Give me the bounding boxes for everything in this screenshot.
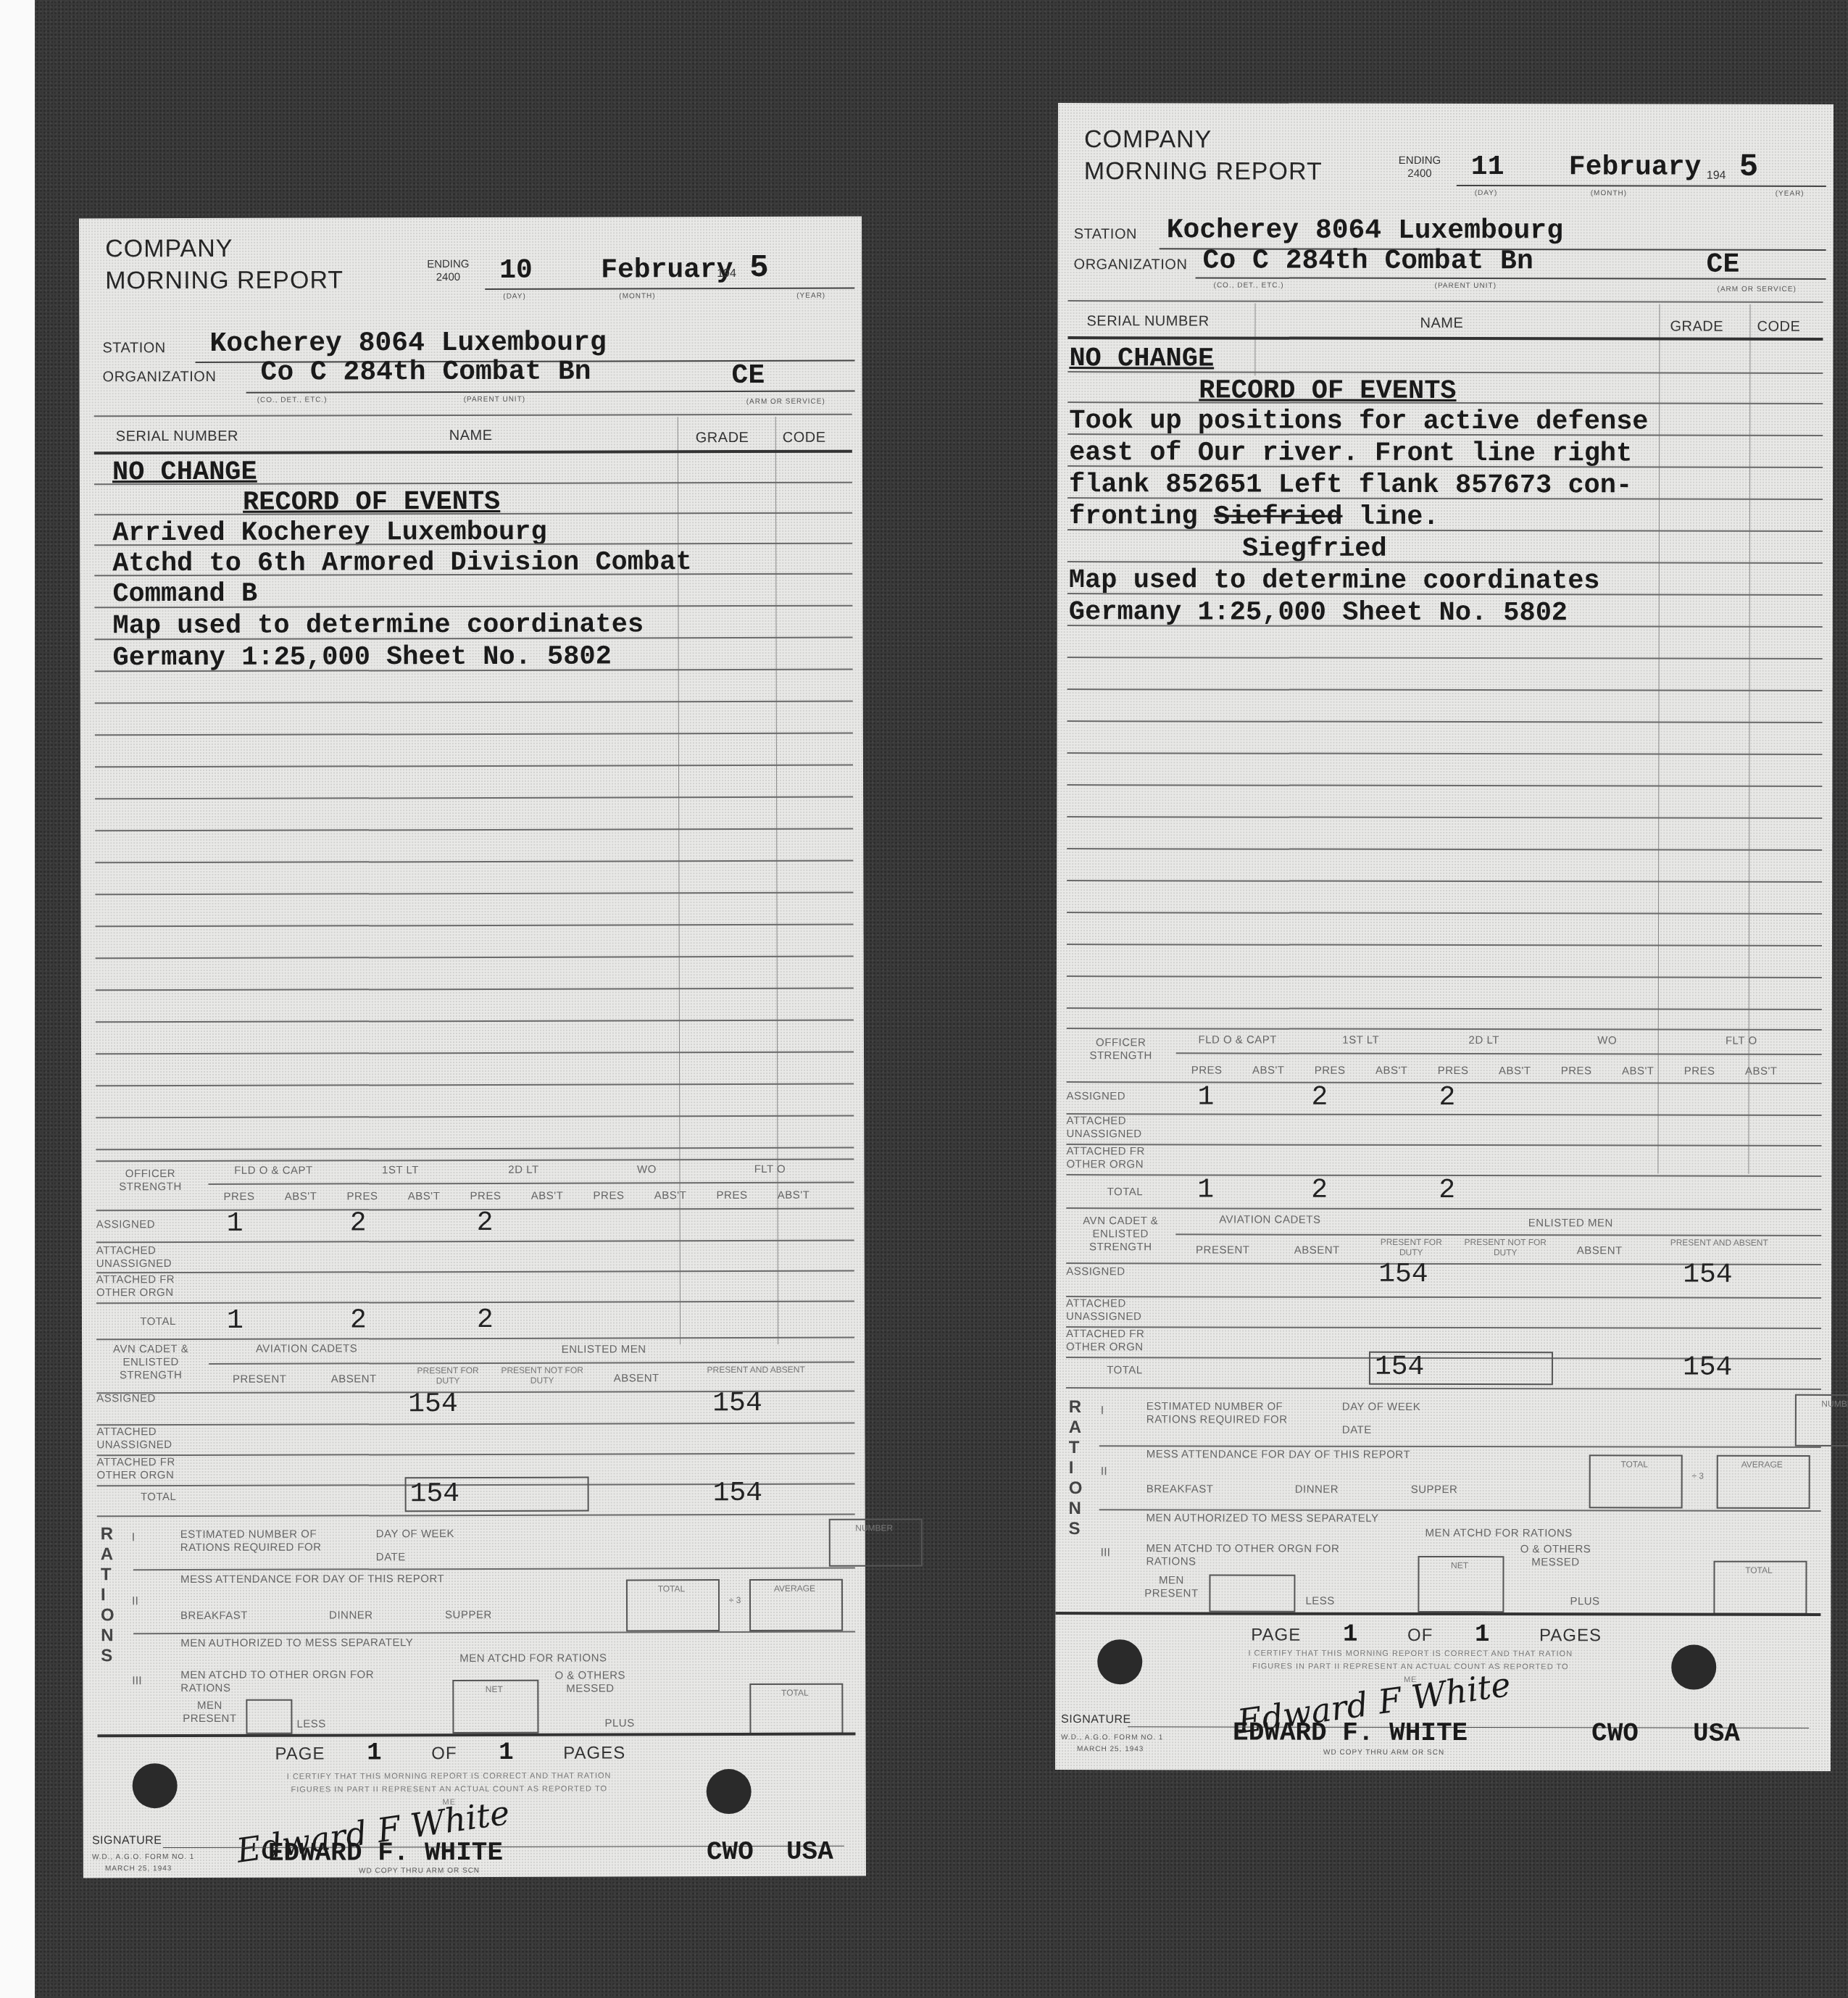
page-label: PAGE (1251, 1626, 1301, 1645)
report-day: 10 (499, 255, 533, 286)
row-label-assigned: ASSIGNED (1066, 1265, 1168, 1278)
sub-pres: PRES (1546, 1065, 1607, 1078)
organization-value: Co C 284th Combat Bn (261, 357, 591, 388)
col-enlisted-absent: ABSENT (1556, 1244, 1643, 1257)
sub-pres: PRES (1669, 1065, 1731, 1078)
col-enlisted-absent: ABSENT (593, 1372, 680, 1385)
morning-report-form-feb-10: COMPANY MORNING REPORT ENDING 2400 10 Fe… (79, 217, 866, 1878)
date-underline (485, 288, 854, 290)
page-number: 1 (1343, 1621, 1358, 1649)
men-present-box (1209, 1574, 1295, 1612)
number-label: NUMBER (1795, 1399, 1848, 1409)
col-present-not-for-duty: PRESENT NOT FOR DUTY (495, 1365, 589, 1386)
men-atchd-other-label: MEN ATCHD TO OTHER ORGN FOR RATIONS (180, 1668, 412, 1695)
officer-assigned-fld-pres: 1 (227, 1208, 244, 1239)
men-authorized-label: MEN AUTHORIZED TO MESS SEPARATELY (1146, 1512, 1386, 1525)
group-aviation-cadets: AVIATION CADETS (1175, 1213, 1364, 1226)
group-2d-lt: 2D LT (1423, 1034, 1546, 1047)
footer-note: WD COPY THRU ARM OR SCN (1323, 1749, 1444, 1757)
officer-total-2dlt-pres: 2 (1439, 1175, 1455, 1206)
col-cadet-absent: ABSENT (1270, 1244, 1364, 1257)
page-indicator: PAGE 1 OF 1 PAGES (275, 1739, 626, 1767)
sub-pres: PRES (702, 1189, 763, 1202)
header-divider (94, 450, 852, 455)
signer-grade: CWO (1591, 1718, 1639, 1748)
organization-label: ORGANIZATION (103, 369, 217, 386)
event-line: Map used to determine coordinates (1069, 565, 1600, 596)
sub-pres: PRES (1176, 1064, 1238, 1077)
sub-abst: ABS'T (394, 1190, 455, 1203)
report-year-digit: 5 (749, 250, 769, 286)
ending-time: 2400 (427, 271, 469, 284)
sub-abst: ABS'T (1361, 1065, 1423, 1078)
sub-pres: PRES (578, 1189, 640, 1202)
sub-abst: ABS'T (1484, 1065, 1546, 1078)
group-wo: WO (1546, 1034, 1669, 1047)
divide-by-3: ÷ 3 (1683, 1471, 1712, 1481)
code-col-rule (775, 417, 778, 1344)
estimated-rations-label: ESTIMATED NUMBER OF RATIONS REQUIRED FOR (180, 1528, 347, 1554)
day-of-week-label: DAY OF WEEK (376, 1528, 454, 1541)
rations-side-label: RATIONS (1069, 1397, 1083, 1539)
plus-label: PLUS (604, 1717, 634, 1730)
signer-grade: CWO (707, 1837, 754, 1867)
row-label-assigned: ASSIGNED (1067, 1090, 1161, 1103)
officer-assigned-2dlt-pres: 2 (1439, 1082, 1456, 1113)
part-ii-label: II (132, 1595, 138, 1608)
struck-word: Siefried (1214, 501, 1343, 532)
date-label: DATE (376, 1551, 406, 1564)
group-enlisted-men: ENLISTED MEN (495, 1343, 712, 1357)
less-label: LESS (1305, 1595, 1334, 1608)
event-line: Germany 1:25,000 Sheet No. 5802 (113, 641, 612, 673)
page-label: PAGE (275, 1744, 325, 1764)
enlisted-total-present-and-absent: 154 (1683, 1352, 1732, 1383)
row-label-total: TOTAL (1092, 1186, 1157, 1199)
officer-strength-top (1067, 1028, 1822, 1031)
breakfast-label: BREAKFAST (180, 1610, 248, 1623)
scan-margin (0, 0, 35, 1998)
net-label: NET (452, 1684, 536, 1694)
estimated-rations-label: ESTIMATED NUMBER OF RATIONS REQUIRED FOR (1146, 1400, 1313, 1426)
day-of-week-label: DAY OF WEEK (1342, 1401, 1420, 1414)
col-name: NAME (1420, 315, 1463, 332)
organization-underline (1196, 277, 1826, 280)
page-number: 1 (367, 1739, 383, 1767)
row-label-attached-fr-other: ATTACHED FR OTHER ORGN (96, 1273, 198, 1299)
ending-label: ENDING 2400 (1399, 154, 1441, 180)
group-enlisted-men: ENLISTED MEN (1462, 1217, 1679, 1231)
total2-label: TOTAL (1713, 1565, 1804, 1575)
station-label: STATION (1074, 226, 1137, 243)
col-present-and-absent: PRESENT AND ABSENT (683, 1365, 828, 1375)
o-and-others-label: O & OTHERS MESSED (1512, 1543, 1599, 1569)
footer-note: WD COPY THRU ARM OR SCN (359, 1867, 480, 1875)
form-date: MARCH 25, 1943 (1077, 1745, 1144, 1753)
sub-abst: ABS'T (270, 1191, 332, 1204)
punch-hole (707, 1769, 752, 1814)
year-caption: (YEAR) (796, 292, 825, 300)
row-label-attached-unassigned: ATTACHED UNASSIGNED (96, 1244, 198, 1270)
dinner-label: DINNER (329, 1609, 373, 1622)
row-label-total: TOTAL (125, 1315, 191, 1328)
col-code: CODE (1757, 319, 1800, 336)
men-atchd-rations-label: MEN ATCHD FOR RATIONS (1425, 1527, 1573, 1540)
of-label: OF (1407, 1626, 1433, 1645)
event-correction: Siegfried (1242, 534, 1387, 565)
col-cadet-absent: ABSENT (307, 1373, 401, 1386)
net-label: NET (1418, 1560, 1501, 1570)
morning-report-form-feb-11: COMPANY MORNING REPORT ENDING 2400 11 Fe… (1055, 103, 1834, 1771)
event-line: Command B (112, 579, 257, 610)
col-serial-number: SERIAL NUMBER (1086, 313, 1209, 330)
row-label-attached-unassigned: ATTACHED UNASSIGNED (96, 1425, 198, 1452)
station-value: Kocherey 8064 Luxembourg (209, 328, 606, 359)
col-grade: GRADE (696, 430, 749, 446)
status-line: NO CHANGE (1069, 344, 1214, 374)
event-line: east of Our river. Front line right (1069, 438, 1632, 469)
event-line: Germany 1:25,000 Sheet No. 5802 (1069, 597, 1568, 628)
row-label-attached-fr-other: ATTACHED FR OTHER ORGN (1066, 1145, 1168, 1171)
group-1st-lt: 1ST LT (1299, 1034, 1423, 1047)
org-caption-arm: (ARM OR SERVICE) (746, 398, 825, 406)
arm-service-value: CE (732, 360, 765, 391)
officer-assigned-2dlt-pres: 2 (477, 1207, 494, 1239)
title-line-1: COMPANY (105, 232, 344, 265)
month-caption: (MONTH) (1591, 189, 1627, 197)
part-i-label: I (1101, 1404, 1104, 1418)
station-value: Kocherey 8064 Luxembourg (1167, 215, 1563, 246)
sub-pres: PRES (455, 1190, 517, 1203)
total-label: TOTAL (626, 1583, 717, 1594)
sub-abst: ABS'T (1731, 1065, 1792, 1078)
officer-assigned-fld-pres: 1 (1198, 1081, 1215, 1112)
punch-hole (1097, 1639, 1142, 1684)
officer-total-1stlt-pres: 2 (350, 1304, 367, 1336)
page-total: 1 (1475, 1621, 1490, 1649)
title-line-2: MORNING REPORT (1084, 155, 1323, 188)
report-month: February (1569, 151, 1702, 183)
average-label: AVERAGE (749, 1583, 840, 1594)
org-caption-parent: (PARENT UNIT) (464, 396, 525, 404)
ending-text: ENDING (427, 258, 469, 271)
mess-attendance-label: MESS ATTENDANCE FOR DAY OF THIS REPORT (1146, 1448, 1410, 1462)
col-present-not-for-duty: PRESENT NOT FOR DUTY (1458, 1237, 1552, 1257)
col-cadet-present: PRESENT (212, 1373, 307, 1386)
group-1st-lt: 1ST LT (338, 1164, 462, 1177)
row-label-attached-fr-other: ATTACHED FR OTHER ORGN (96, 1456, 198, 1482)
enlisted-assigned-present-and-absent: 154 (712, 1388, 762, 1419)
officer-total-fld-pres: 1 (1197, 1174, 1214, 1205)
mess-attendance-label: MESS ATTENDANCE FOR DAY OF THIS REPORT (180, 1573, 444, 1586)
men-atchd-other-label: MEN ATCHD TO OTHER ORGN FOR RATIONS (1146, 1542, 1378, 1569)
divider (1068, 300, 1823, 303)
ending-time: 2400 (1399, 167, 1441, 180)
group-flt-o: FLT O (1669, 1035, 1814, 1048)
row-label-total: TOTAL (1092, 1364, 1157, 1377)
form-number: W.D., A.G.O. FORM NO. 1 (92, 1853, 194, 1861)
supper-label: SUPPER (1411, 1483, 1458, 1497)
part-iii-label: III (132, 1675, 141, 1688)
row-label-assigned: ASSIGNED (96, 1392, 198, 1405)
organization-value: Co C 284th Combat Bn (1203, 245, 1533, 277)
enlisted-assigned-present-for-duty: 154 (1378, 1259, 1428, 1290)
signer-name: EDWARD F. WHITE (268, 1838, 503, 1868)
signer-name: EDWARD F. WHITE (1233, 1718, 1468, 1748)
part-iii-label: III (1100, 1547, 1110, 1560)
enlisted-total-present-for-duty: 154 (1375, 1352, 1424, 1383)
enlisted-total-present-and-absent: 154 (713, 1478, 763, 1509)
page-total: 1 (499, 1739, 515, 1767)
men-present-label: MEN PRESENT (1135, 1574, 1207, 1600)
group-aviation-cadets: AVIATION CADETS (212, 1342, 401, 1356)
breakfast-label: BREAKFAST (1146, 1483, 1214, 1496)
col-present-and-absent: PRESENT AND ABSENT (1647, 1237, 1791, 1247)
enlisted-assigned-present-and-absent: 154 (1683, 1260, 1732, 1291)
col-present-for-duty: PRESENT FOR DUTY (404, 1365, 491, 1386)
arm-service-value: CE (1707, 249, 1740, 280)
signer-arm: USA (786, 1837, 833, 1867)
date-underline (1457, 185, 1826, 187)
men-authorized-label: MEN AUTHORIZED TO MESS SEPARATELY (180, 1636, 420, 1650)
punch-hole (133, 1763, 178, 1808)
men-present-box (246, 1699, 292, 1734)
event-line: Took up positions for active defense (1069, 406, 1648, 437)
officer-assigned-1stlt-pres: 2 (1312, 1082, 1328, 1113)
pages-label: PAGES (563, 1743, 625, 1762)
station-label: STATION (102, 340, 165, 357)
number-label: NUMBER (829, 1523, 920, 1533)
row-label-attached-unassigned: ATTACHED UNASSIGNED (1067, 1115, 1168, 1141)
sub-abst: ABS'T (640, 1189, 702, 1202)
month-caption: (MONTH) (619, 292, 655, 300)
sub-abst: ABS'T (517, 1190, 578, 1203)
org-caption-parent: (PARENT UNIT) (1435, 282, 1497, 290)
sub-abst: ABS'T (1238, 1065, 1299, 1078)
signature-label: SIGNATURE (92, 1834, 162, 1847)
enlisted-total-present-for-duty: 154 (410, 1478, 460, 1510)
header-divider (1067, 336, 1823, 341)
part-i-label: I (132, 1531, 136, 1544)
men-atchd-rations-label: MEN ATCHD FOR RATIONS (459, 1652, 607, 1666)
org-caption-arm: (ARM OR SERVICE) (1718, 286, 1797, 294)
report-day: 11 (1471, 151, 1504, 183)
enlisted-strength-label: AVN CADET & ENLISTED STRENGTH (96, 1343, 205, 1382)
sub-pres: PRES (209, 1191, 270, 1204)
organization-label: ORGANIZATION (1074, 257, 1188, 273)
row-label-attached-unassigned: ATTACHED UNASSIGNED (1066, 1297, 1168, 1323)
event-text: fronting (1069, 501, 1214, 532)
rations-side-label: RATIONS (101, 1524, 115, 1666)
ending-text: ENDING (1399, 154, 1441, 167)
enlisted-strength-label: AVN CADET & ENLISTED STRENGTH (1066, 1215, 1175, 1254)
plus-label: PLUS (1570, 1595, 1599, 1608)
part-ii-label: II (1101, 1465, 1107, 1478)
org-caption-co: (CO., DET., ETC.) (1214, 281, 1284, 289)
date-label: DATE (1342, 1424, 1372, 1437)
report-year-digit: 5 (1739, 149, 1758, 186)
men-present-label: MEN PRESENT (173, 1699, 246, 1726)
col-code: CODE (783, 430, 826, 446)
year-prefix: 194 (1707, 170, 1726, 183)
officer-total-fld-pres: 1 (227, 1305, 244, 1336)
officer-strength-label: OFFICER STRENGTH (1067, 1036, 1175, 1062)
punch-hole (1671, 1645, 1716, 1690)
supper-label: SUPPER (445, 1609, 492, 1622)
officer-strength-top (96, 1159, 854, 1162)
day-caption: (DAY) (503, 293, 526, 301)
report-month: February (601, 254, 733, 286)
group-fld-o-capt: FLD O & CAPT (1176, 1033, 1299, 1046)
year-prefix: 194 (717, 267, 736, 280)
total2-label: TOTAL (749, 1688, 840, 1698)
col-name: NAME (449, 428, 493, 444)
form-title: COMPANY MORNING REPORT (1084, 123, 1323, 188)
divide-by-3: ÷ 3 (720, 1595, 749, 1605)
officer-total-1stlt-pres: 2 (1311, 1175, 1328, 1206)
event-text: line. (1342, 502, 1439, 533)
officer-strength-label: OFFICER STRENGTH (96, 1167, 204, 1194)
col-present-for-duty: PRESENT FOR DUTY (1368, 1237, 1454, 1257)
dinner-label: DINNER (1295, 1483, 1339, 1497)
sub-pres: PRES (1423, 1065, 1484, 1078)
less-label: LESS (296, 1718, 325, 1731)
signature-label: SIGNATURE (1061, 1713, 1131, 1726)
sub-pres: PRES (1299, 1065, 1361, 1078)
enlisted-assigned-present-for-duty: 154 (408, 1389, 458, 1420)
org-caption-co: (CO., DET., ETC.) (257, 396, 328, 404)
total-label: TOTAL (1589, 1459, 1680, 1469)
of-label: OF (431, 1744, 457, 1763)
ending-label: ENDING 2400 (427, 258, 469, 284)
row-label-assigned: ASSIGNED (96, 1218, 191, 1231)
row-label-attached-fr-other: ATTACHED FR OTHER ORGN (1066, 1328, 1168, 1354)
row-label-total: TOTAL (126, 1491, 191, 1504)
title-line-1: COMPANY (1084, 123, 1323, 156)
group-wo: WO (585, 1163, 708, 1176)
group-flt-o: FLT O (708, 1163, 831, 1176)
pages-label: PAGES (1539, 1626, 1602, 1645)
day-caption: (DAY) (1475, 189, 1498, 197)
page-indicator: PAGE 1 OF 1 PAGES (1251, 1621, 1602, 1649)
officer-assigned-1stlt-pres: 2 (350, 1207, 367, 1239)
officer-total-2dlt-pres: 2 (477, 1304, 494, 1336)
year-caption: (YEAR) (1776, 190, 1805, 198)
col-serial-number: SERIAL NUMBER (116, 428, 238, 445)
event-line-with-strikeout: fronting Siefried line. (1069, 501, 1439, 533)
divider (94, 414, 852, 417)
event-line: flank 852651 Left flank 857673 con- (1069, 470, 1632, 501)
col-grade: GRADE (1670, 319, 1723, 336)
sub-abst: ABS'T (763, 1189, 825, 1202)
group-fld-o-capt: FLD O & CAPT (208, 1164, 338, 1177)
form-number: W.D., A.G.O. FORM NO. 1 (1061, 1733, 1163, 1741)
o-and-others-label: O & OTHERS MESSED (546, 1669, 633, 1695)
signer-arm: USA (1693, 1719, 1740, 1749)
group-2d-lt: 2D LT (462, 1164, 585, 1177)
organization-underline (246, 391, 855, 394)
form-title: COMPANY MORNING REPORT (105, 232, 344, 296)
form-date: MARCH 25, 1943 (105, 1865, 172, 1873)
average-label: AVERAGE (1717, 1460, 1807, 1470)
sub-pres: PRES (332, 1190, 394, 1203)
title-line-2: MORNING REPORT (105, 264, 344, 296)
col-cadet-present: PRESENT (1175, 1244, 1270, 1257)
sub-abst: ABS'T (1607, 1065, 1669, 1078)
